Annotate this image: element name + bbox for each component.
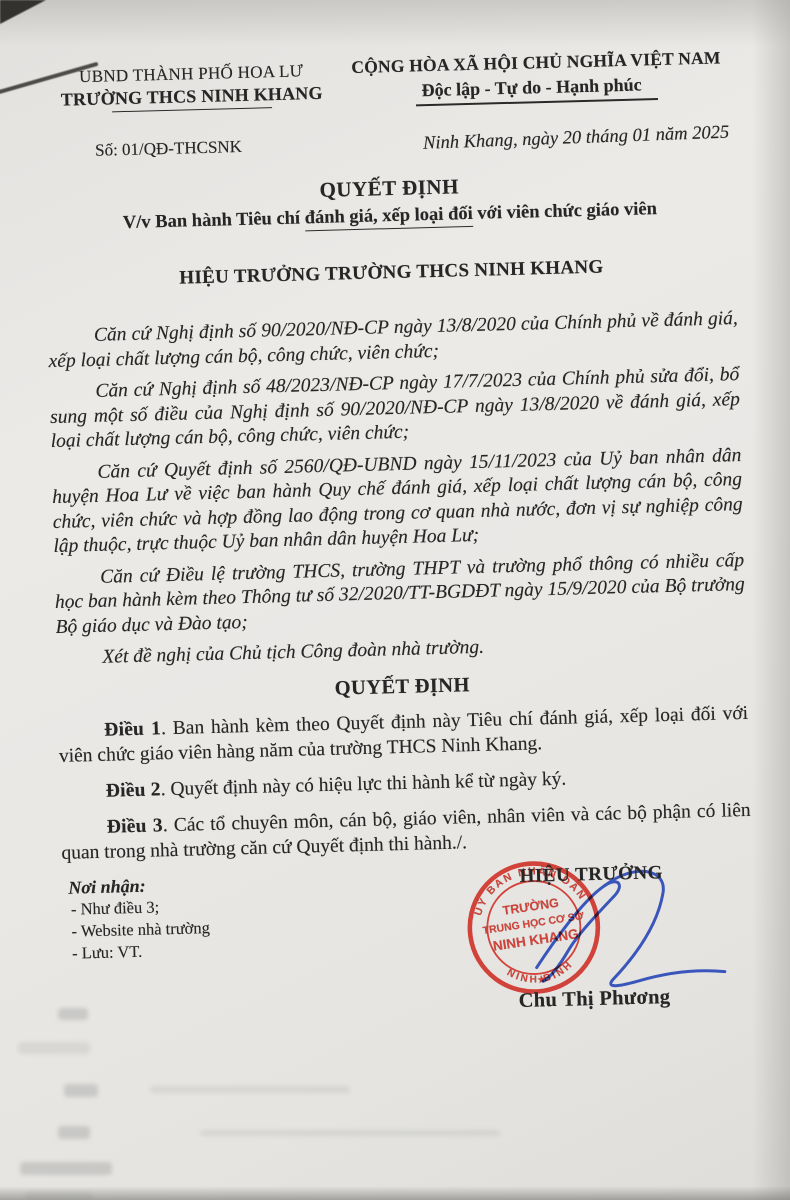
article-1-label: Điều 1	[104, 718, 161, 740]
document-footer: Nơi nhận: - Như điều 3; - Website nhà tr…	[62, 859, 756, 1037]
preamble: Căn cứ Nghị định số 90/2020/NĐ-CP ngày 1…	[48, 307, 747, 671]
motto-line: Độc lập - Tự do - Hạnh phúc	[415, 74, 658, 106]
article-1: Điều 1. Ban hành kèm theo Quyết định này…	[58, 700, 749, 768]
article-2-label: Điều 2	[106, 779, 161, 801]
bleed-through-artifact	[58, 1126, 90, 1139]
subtitle-underlined: đánh giá, xếp loại đối	[304, 204, 473, 231]
number-date-row: Số: 01/QĐ-THCSNK Ninh Khang, ngày 20 thá…	[43, 124, 733, 163]
subtitle-prefix: V/v Ban hành Tiêu chí	[123, 208, 305, 233]
preamble-paragraph: Căn cứ Điều lệ trường THCS, trường THPT …	[54, 548, 746, 640]
bleed-through-artifact	[26, 1192, 92, 1200]
article-3-text: . Các tổ chuyên môn, cán bộ, giáo viên, …	[61, 799, 751, 863]
article-1-text: . Ban hành kèm theo Quyết định này Tiêu …	[59, 702, 749, 766]
title-block: QUYẾT ĐỊNH V/v Ban hành Tiêu chí đánh gi…	[44, 167, 737, 293]
preamble-paragraph: Căn cứ Nghị định số 90/2020/NĐ-CP ngày 1…	[48, 307, 739, 374]
issuing-org: UBND THÀNH PHỐ HOA LƯ TRƯỜNG THCS NINH K…	[41, 57, 342, 114]
preamble-paragraph: Căn cứ Quyết định số 2560/QĐ-UBND ngày 1…	[51, 443, 743, 559]
preamble-paragraph: Căn cứ Nghị định số 48/2023/NĐ-CP ngày 1…	[49, 363, 741, 455]
article-2-text: . Quyết định này có hiệu lực thi hành kể…	[160, 768, 566, 800]
article-3-label: Điều 3	[107, 815, 164, 837]
national-motto: CỘNG HÒA XÃ HỘI CHỦ NGHĨA VIỆT NAM Độc l…	[341, 47, 732, 108]
recipients-block: Nơi nhận: - Như điều 3; - Website nhà tr…	[68, 874, 213, 1038]
article-2: Điều 2. Quyết định này có hiệu lực thi h…	[60, 761, 750, 804]
signature-block: HIỆU TRƯỞNG UỶ BAN NHÂN DÂN NINH BÌNH TR…	[430, 859, 756, 1027]
recipient-item: - Lưu: VT.	[72, 939, 211, 965]
scan-artifact-corner	[0, 0, 46, 24]
scan-shadow-bottom	[0, 1186, 790, 1200]
article-3: Điều 3. Các tổ chuyên môn, cán bộ, giáo …	[61, 797, 752, 865]
document-body: UBND THÀNH PHỐ HOA LƯ TRƯỜNG THCS NINH K…	[41, 47, 756, 1037]
articles: Điều 1. Ban hành kèm theo Quyết định này…	[58, 700, 752, 865]
document-number: Số: 01/QĐ-THCSNK	[95, 137, 242, 162]
bleed-through-artifact	[20, 1162, 112, 1175]
recipient-item: - Website nhà trường	[71, 917, 210, 943]
scan-shadow-top	[0, 0, 790, 46]
bleed-through-artifact	[200, 1130, 500, 1136]
bleed-through-artifact	[64, 1084, 98, 1097]
bleed-through-artifact	[18, 1042, 90, 1054]
place-date-line: Ninh Khang, ngày 20 tháng 01 năm 2025	[422, 123, 729, 155]
bleed-through-artifact	[58, 1008, 88, 1020]
scan-shadow-right	[752, 0, 790, 1200]
issuing-authority: HIỆU TRƯỞNG TRƯỜNG THCS NINH KHANG	[46, 253, 736, 293]
bleed-through-artifact	[150, 1086, 350, 1093]
decision-heading: QUYẾT ĐỊNH	[57, 666, 747, 707]
subtitle-suffix: với viên chức giáo viên	[472, 199, 657, 224]
